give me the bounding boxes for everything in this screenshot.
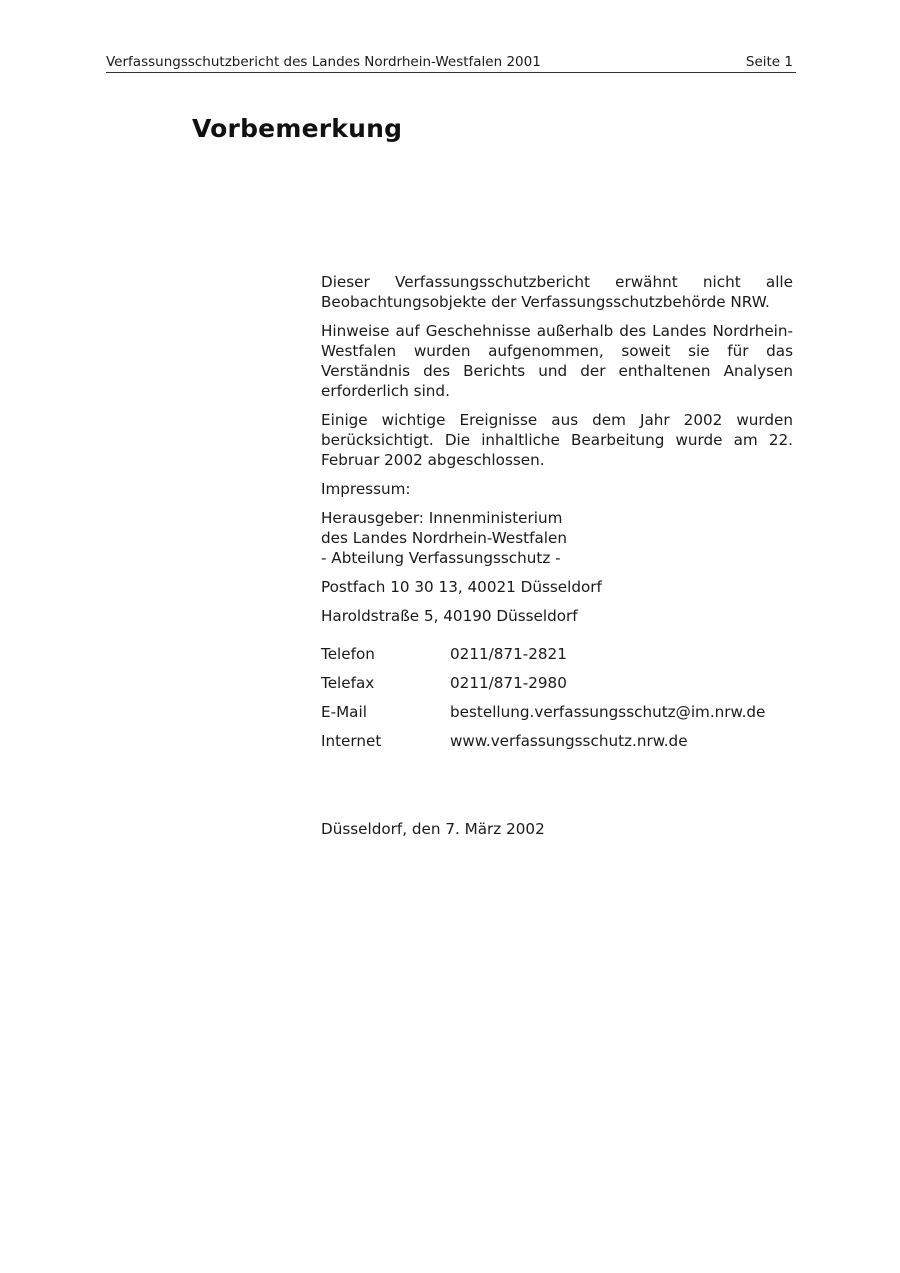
contact-row-email: E-Mail bestellung.verfassungsschutz@im.n…	[321, 702, 765, 731]
contact-label: Internet	[321, 731, 450, 760]
publisher-block: Herausgeber: Innenministerium des Landes…	[321, 508, 793, 568]
date-line: Düsseldorf, den 7. März 2002	[321, 819, 545, 839]
section-title: Vorbemerkung	[192, 114, 402, 143]
document-title: Verfassungsschutzbericht des Landes Nord…	[106, 52, 541, 72]
contact-label: E-Mail	[321, 702, 450, 731]
contact-row-phone: Telefon 0211/871-2821	[321, 644, 765, 673]
contact-label: Telefax	[321, 673, 450, 702]
paragraph-scope: Dieser Verfassungsschutzbericht erwähnt …	[321, 272, 793, 312]
publisher-line: des Landes Nordrhein-Westfalen	[321, 528, 793, 548]
publisher-line: Herausgeber: Innenministerium	[321, 508, 793, 528]
contact-row-internet: Internet www.verfassungsschutz.nrw.de	[321, 731, 765, 760]
contact-table: Telefon 0211/871-2821 Telefax 0211/871-2…	[321, 644, 765, 760]
page-number: Seite 1	[746, 52, 793, 72]
contact-label: Telefon	[321, 644, 450, 673]
running-header: Verfassungsschutzbericht des Landes Nord…	[106, 52, 796, 73]
street-address: Haroldstraße 5, 40190 Düsseldorf	[321, 606, 793, 626]
impressum-heading: Impressum:	[321, 479, 793, 499]
contact-value: 0211/871-2821	[450, 644, 567, 673]
postfach: Postfach 10 30 13, 40021 Düsseldorf	[321, 577, 793, 597]
contact-row-fax: Telefax 0211/871-2980	[321, 673, 765, 702]
publisher-line: - Abteilung Verfassungsschutz -	[321, 548, 793, 568]
body-text: Dieser Verfassungsschutzbericht erwähnt …	[321, 272, 793, 635]
website-link[interactable]: www.verfassungsschutz.nrw.de	[450, 731, 688, 760]
paragraph-editorial-deadline: Einige wichtige Ereignisse aus dem Jahr …	[321, 410, 793, 470]
paragraph-external-events: Hinweise auf Geschehnisse außerhalb des …	[321, 321, 793, 401]
contact-value: 0211/871-2980	[450, 673, 567, 702]
email-link[interactable]: bestellung.verfassungsschutz@im.nrw.de	[450, 702, 765, 731]
